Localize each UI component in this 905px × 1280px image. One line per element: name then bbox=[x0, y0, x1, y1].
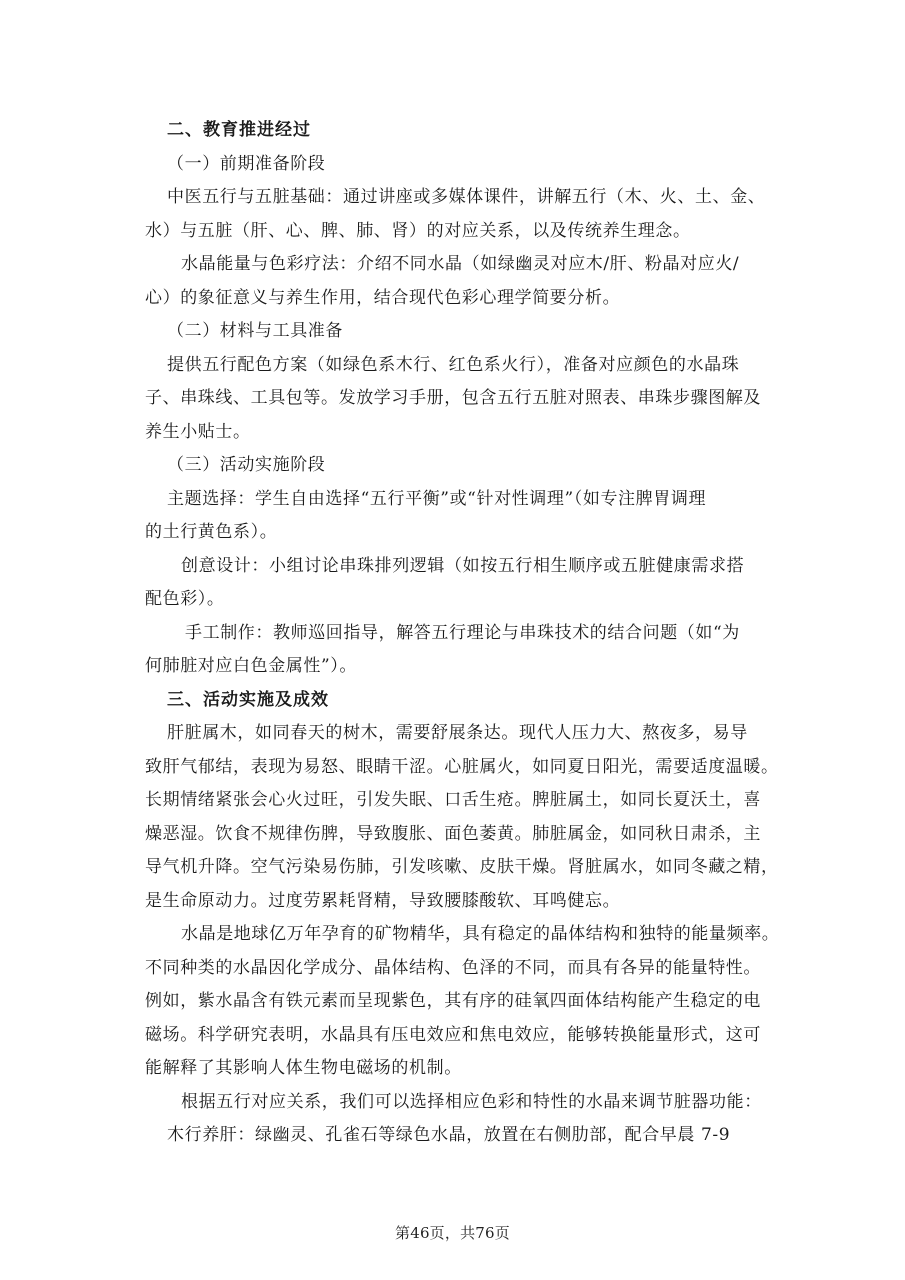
paragraph-line: 配色彩）。 bbox=[145, 583, 787, 617]
section-heading-3: 三、活动实施及成效 bbox=[145, 684, 787, 718]
document-page: 二、教育推进经过 （一）前期准备阶段 中医五行与五脏基础：通过讲座或多媒体课件，… bbox=[145, 114, 787, 1153]
paragraph-line: 肝脏属木，如同春天的树木，需要舒展条达。现代人压力大、熬夜多，易导 bbox=[145, 717, 787, 751]
paragraph-line: 致肝气郁结，表现为易怒、眼睛干涩。心脏属火，如同夏日阳光，需要适度温暖。 bbox=[145, 751, 787, 785]
paragraph-line: 导气机升降。空气污染易伤肺，引发咳嗽、皮肤干燥。肾脏属水，如同冬藏之精， bbox=[145, 851, 787, 885]
paragraph-line: 水）与五脏（肝、心、脾、肺、肾）的对应关系，以及传统养生理念。 bbox=[145, 215, 787, 249]
paragraph-line: 磁场。科学研究表明，水晶具有压电效应和焦电效应，能够转换能量形式，这可 bbox=[145, 1019, 787, 1053]
subheading-preparation: （一）前期准备阶段 bbox=[145, 148, 787, 182]
paragraph-line: 不同种类的水晶因化学成分、晶体结构、色泽的不同，而具有各异的能量特性。 bbox=[145, 952, 787, 986]
subheading-implementation: （三）活动实施阶段 bbox=[145, 449, 787, 483]
paragraph-line: 子、串珠线、工具包等。发放学习手册，包含五行五脏对照表、串珠步骤图解及 bbox=[145, 382, 787, 416]
section-heading-2: 二、教育推进经过 bbox=[145, 114, 787, 148]
paragraph-line: 提供五行配色方案（如绿色系木行、红色系火行），准备对应颜色的水晶珠 bbox=[145, 349, 787, 383]
paragraph-line: 例如，紫水晶含有铁元素而呈现紫色，其有序的硅氧四面体结构能产生稳定的电 bbox=[145, 985, 787, 1019]
paragraph-line: 中医五行与五脏基础：通过讲座或多媒体课件，讲解五行（木、火、土、金、 bbox=[145, 181, 787, 215]
paragraph-line: 水晶是地球亿万年孕育的矿物精华，具有稳定的晶体结构和独特的能量频率。 bbox=[145, 918, 787, 952]
paragraph-line: 主题选择：学生自由选择“五行平衡”或“针对性调理”（如专注脾胃调理 bbox=[145, 483, 787, 517]
paragraph-line: 木行养肝：绿幽灵、孔雀石等绿色水晶，放置在右侧肋部，配合早晨 7-9 bbox=[145, 1119, 787, 1153]
paragraph-line: 创意设计：小组讨论串珠排列逻辑（如按五行相生顺序或五脏健康需求搭 bbox=[145, 550, 787, 584]
paragraph-line: 手工制作：教师巡回指导，解答五行理论与串珠技术的结合问题（如“为 bbox=[145, 617, 787, 651]
paragraph-line: 何肺脏对应白色金属性”）。 bbox=[145, 650, 787, 684]
subheading-materials: （二）材料与工具准备 bbox=[145, 315, 787, 349]
paragraph-line: 是生命原动力。过度劳累耗肾精，导致腰膝酸软、耳鸣健忘。 bbox=[145, 885, 787, 919]
paragraph-line: 水晶能量与色彩疗法：介绍不同水晶（如绿幽灵对应木/肝、粉晶对应火/ bbox=[145, 248, 787, 282]
paragraph-line: 根据五行对应关系，我们可以选择相应色彩和特性的水晶来调节脏器功能： bbox=[145, 1086, 787, 1120]
paragraph-line: 养生小贴士。 bbox=[145, 416, 787, 450]
paragraph-line: 的土行黄色系）。 bbox=[145, 516, 787, 550]
page-indicator: 第46页，共76页 bbox=[0, 1222, 905, 1243]
paragraph-line: 长期情绪紧张会心火过旺，引发失眠、口舌生疮。脾脏属土，如同长夏沃土，喜 bbox=[145, 784, 787, 818]
paragraph-line: 燥恶湿。饮食不规律伤脾，导致腹胀、面色萎黄。肺脏属金，如同秋日肃杀，主 bbox=[145, 818, 787, 852]
paragraph-line: 心）的象征意义与养生作用，结合现代色彩心理学简要分析。 bbox=[145, 282, 787, 316]
paragraph-line: 能解释了其影响人体生物电磁场的机制。 bbox=[145, 1052, 787, 1086]
